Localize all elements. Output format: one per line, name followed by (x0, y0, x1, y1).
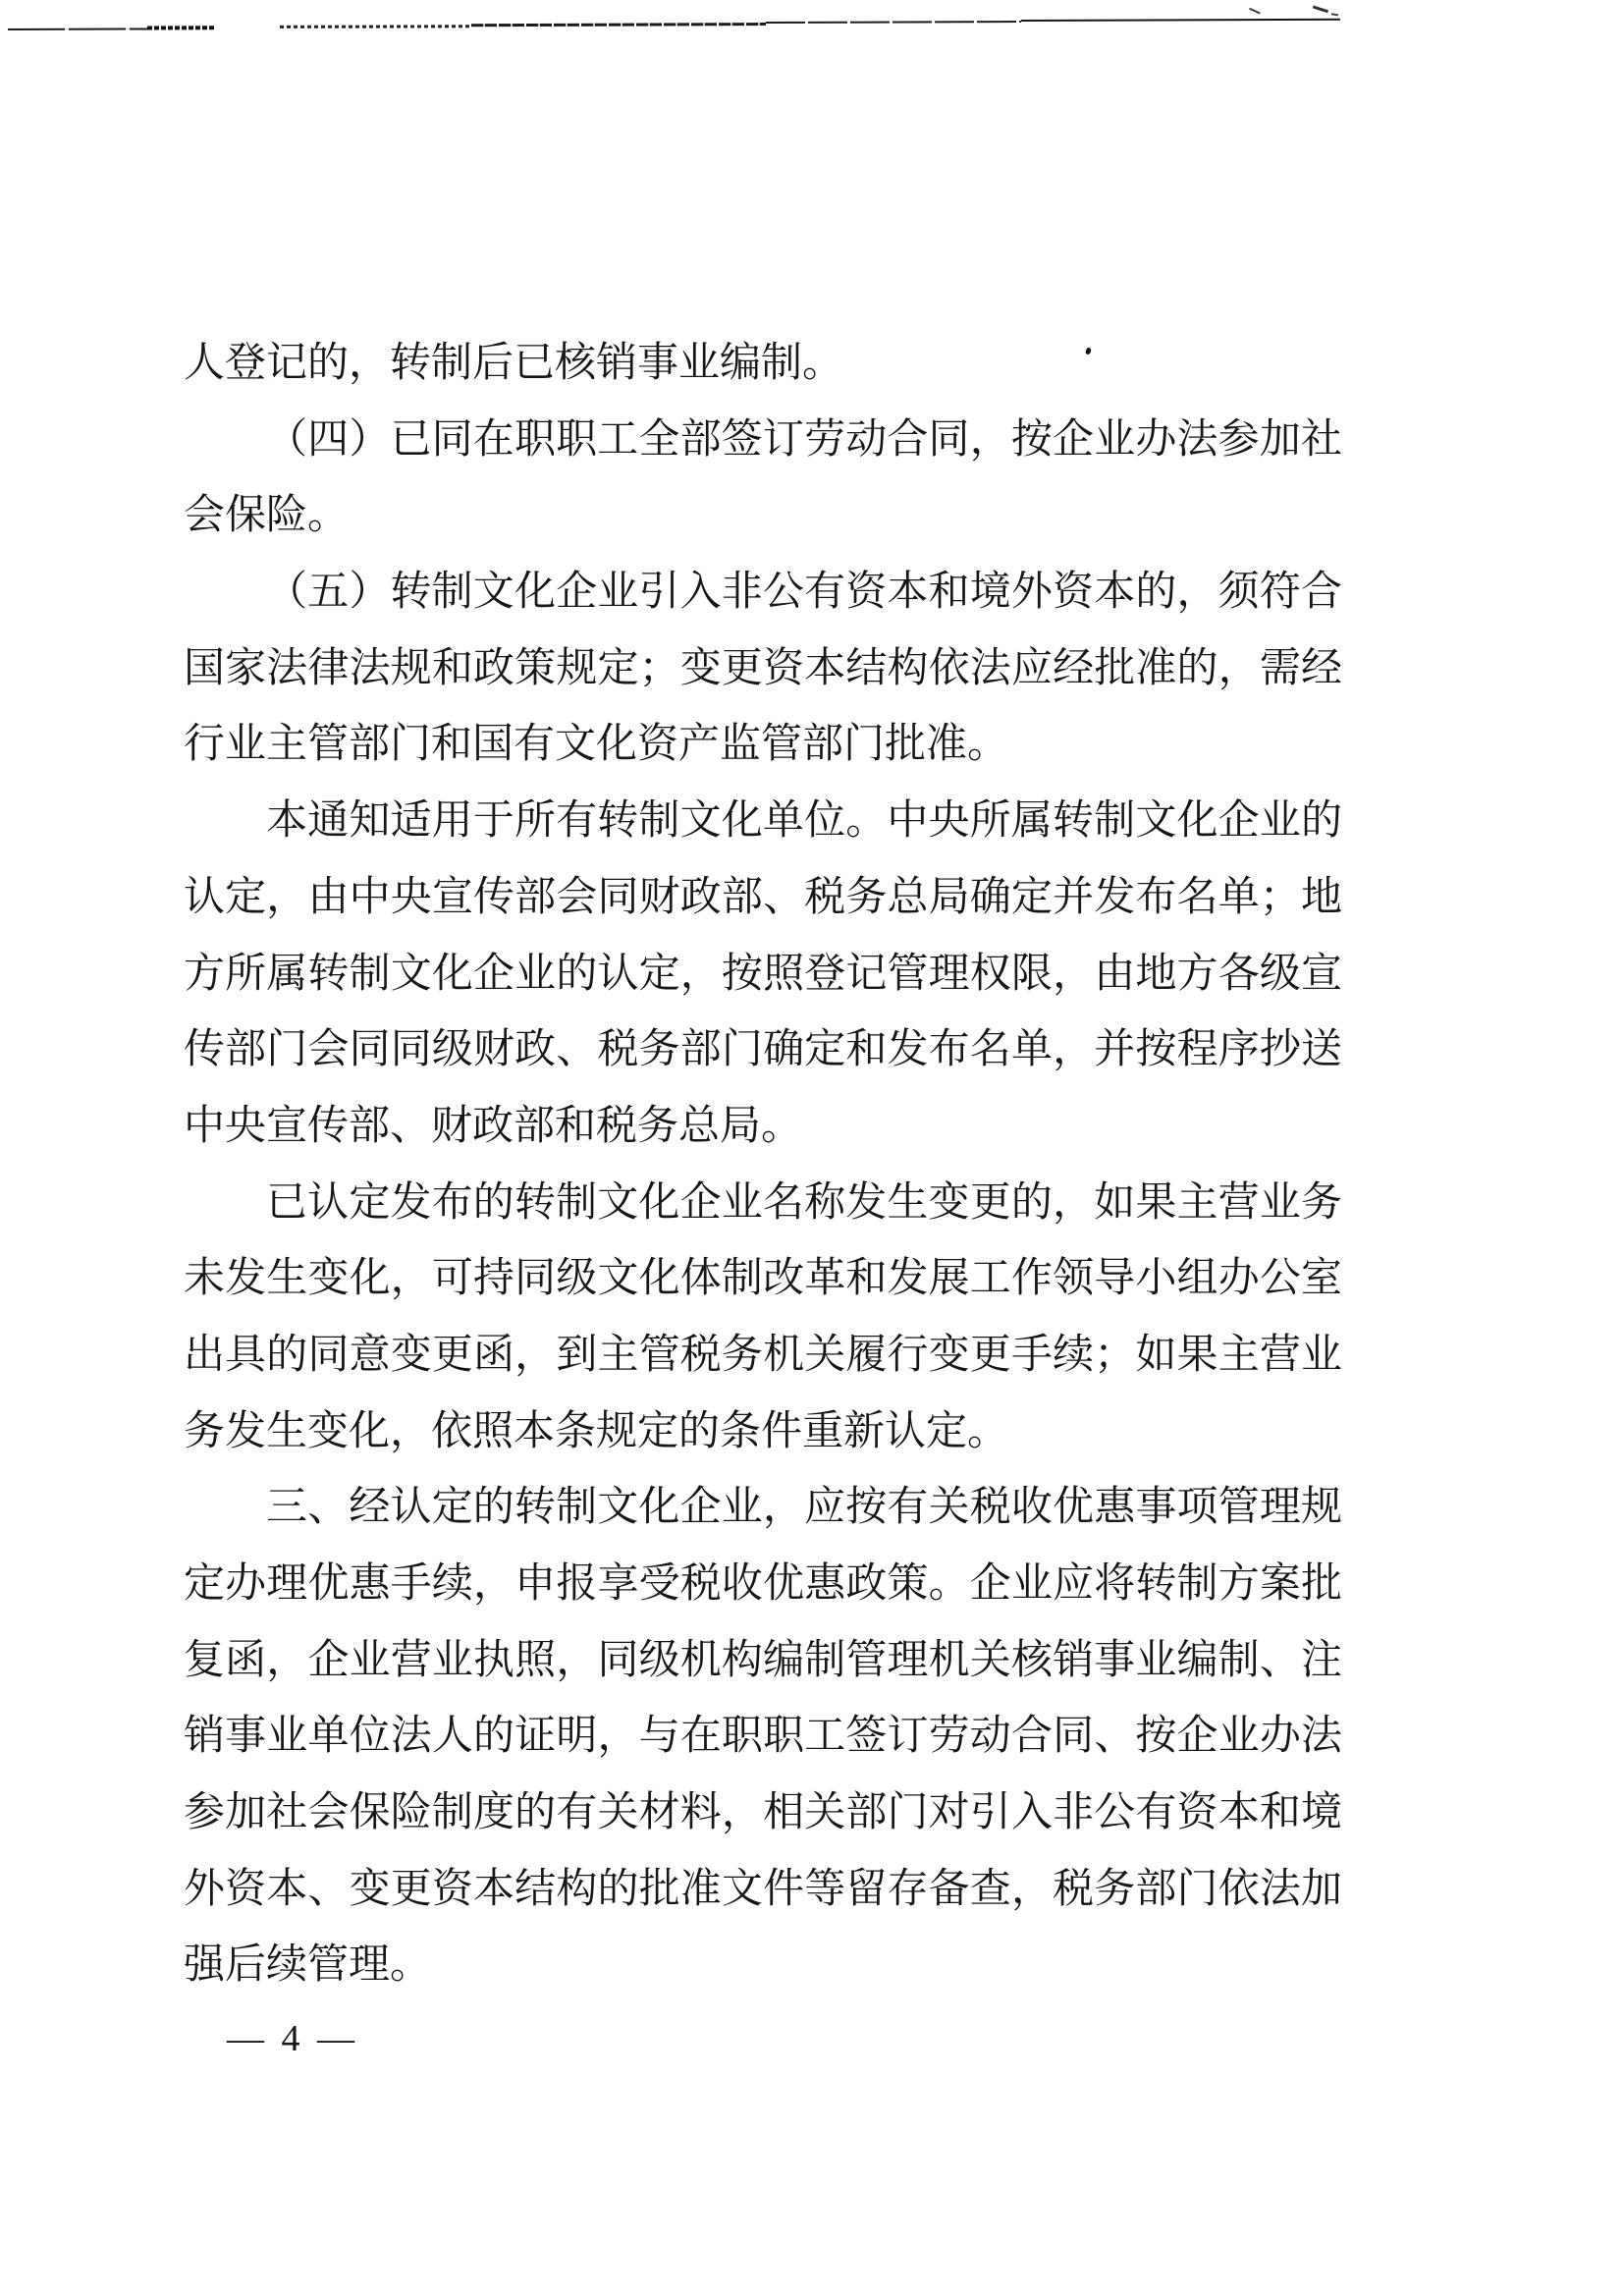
text-line: （四）已同在职职工全部签订劳动合同，按企业办法参加社 (184, 403, 1342, 479)
scan-edge-artifacts (0, 0, 1623, 59)
text-line: 行业主管部门和国有文化资产监管部门批准。 (184, 707, 1342, 784)
scan-line-segment (471, 23, 766, 27)
text-line: 复函，企业营业执照，同级机构编制管理机关核销事业编制、注 (184, 1623, 1342, 1700)
text-line: 三、经认定的转制文化企业，应按有关税收优惠事项管理规 (184, 1470, 1342, 1547)
text-line: 外资本、变更资本结构的批准文件等留存备查，税务部门依法加 (184, 1852, 1342, 1929)
text-line: 中央宣传部、财政部和税务总局。 (184, 1089, 1342, 1166)
text-line: 人登记的，转制后已核销事业编制。 (184, 326, 1342, 403)
text-line: 参加社会保险制度的有关材料，相关部门对引入非公有资本和境 (184, 1776, 1342, 1852)
text-line: 销事业单位法人的证明，与在职职工签订劳动合同、按企业办法 (184, 1699, 1342, 1776)
scan-tick-mark (1331, 13, 1338, 16)
text-line: 认定，由中央宣传部会同财政部、税务总局确定并发布名单；地 (184, 860, 1342, 937)
body-text: 人登记的，转制后已核销事业编制。 （四）已同在职职工全部签订劳动合同，按企业办法… (184, 326, 1342, 2004)
scan-tick-mark (1313, 5, 1328, 13)
text-line: 出具的同意变更函，到主管税务机关履行变更手续；如果主营业 (184, 1318, 1342, 1394)
page-number: — 4 — (227, 2015, 358, 2062)
text-line: 务发生变化，依照本条规定的条件重新认定。 (184, 1394, 1342, 1471)
text-line: 传部门会同同级财政、税务部门确定和发布名单，并按程序抄送 (184, 1012, 1342, 1089)
text-line: （五）转制文化企业引入非公有资本和境外资本的，须符合 (184, 555, 1342, 631)
text-line: 强后续管理。 (184, 1928, 1342, 2004)
text-line: 会保险。 (184, 478, 1342, 555)
scan-line-segment (8, 27, 150, 30)
scan-tick-mark (1249, 8, 1261, 15)
text-line: 本通知适用于所有转制文化单位。中央所属转制文化企业的 (184, 784, 1342, 860)
text-line: 定办理优惠手续，申报享受税收优惠政策。企业应将转制方案批 (184, 1547, 1342, 1623)
text-line: 国家法律法规和政策规定；变更资本结构依法应经批准的，需经 (184, 631, 1342, 708)
scan-line-segment (766, 21, 1021, 24)
scan-line-segment (280, 25, 471, 28)
text-line: 方所属转制文化企业的认定，按照登记管理权限，由地方各级宣 (184, 937, 1342, 1013)
text-line: 已认定发布的转制文化企业名称发生变更的，如果主营业务 (184, 1166, 1342, 1242)
text-line: 未发生变化，可持同级文化体制改革和发展工作领导小组办公室 (184, 1241, 1342, 1318)
document-page: 人登记的，转制后已核销事业编制。 （四）已同在职职工全部签订劳动合同，按企业办法… (0, 0, 1623, 2296)
scan-line-segment (147, 26, 214, 29)
scan-line-segment (1021, 19, 1340, 22)
